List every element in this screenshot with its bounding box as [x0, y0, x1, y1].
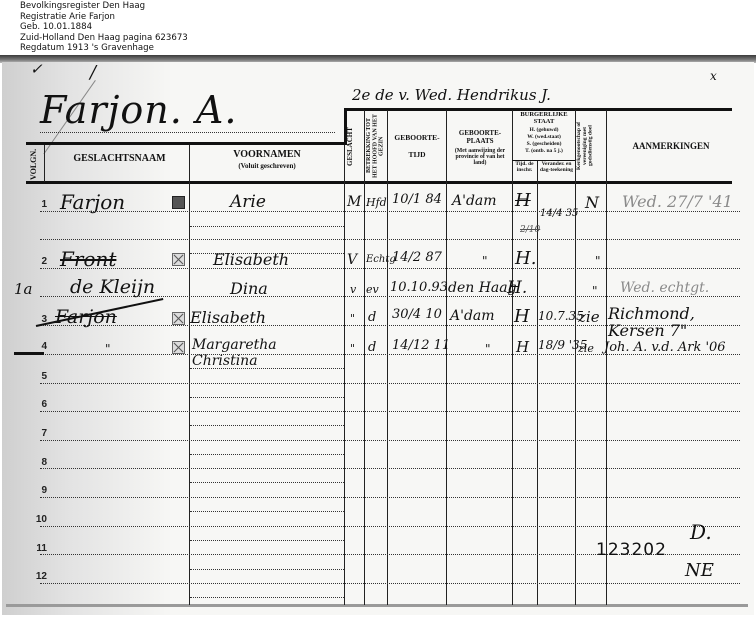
- civil-status-cell: H: [514, 306, 530, 327]
- birthplace-cell: ": [482, 254, 488, 268]
- sex-cell: M: [347, 194, 361, 210]
- firstname-cell: Dina: [230, 279, 268, 298]
- caption-line-register: Bevolkingsregister Den Haag: [20, 1, 320, 12]
- row-number: 1: [31, 199, 47, 210]
- church-cell: ": [595, 254, 601, 268]
- row-subrule: [190, 597, 344, 598]
- birthplace-cell: ": [485, 342, 491, 356]
- birthplace-cell: A'dam: [452, 193, 497, 209]
- col-divider: [387, 110, 388, 605]
- row-4-strike-mark: [14, 352, 44, 355]
- sex-cell: V: [347, 252, 357, 268]
- row-rule: [40, 211, 740, 212]
- header-volgn: VOLGN.: [30, 147, 42, 181]
- surname-cell: ": [105, 342, 111, 356]
- surname-cell: de Kleijn: [70, 276, 155, 298]
- remarks-cell: Wed. echtgt.: [620, 280, 709, 296]
- firstname-cell: Margaretha Christina: [192, 337, 342, 369]
- row-number-6: 6: [31, 399, 47, 410]
- row-subrule: [190, 511, 344, 512]
- header-voornamen: VOORNAMEN: [192, 150, 342, 161]
- civil-status-cell: H: [515, 190, 531, 211]
- col-divider: [344, 145, 345, 605]
- remarks-cell: Wed. 27/7 '41: [622, 192, 733, 211]
- civil-status-cell: H.: [507, 278, 527, 298]
- signature: NE: [685, 560, 714, 581]
- church-cell: zie: [578, 342, 594, 355]
- header-geslachtsnaam: GESLACHTSNAAM: [52, 154, 187, 165]
- header-geslacht: GESLACHT: [347, 115, 362, 179]
- sex-cell: v: [350, 283, 356, 296]
- row-number-7: 7: [31, 428, 47, 439]
- header-burgerlijke-staat: BURGERLIJKE STAAT: [514, 112, 574, 126]
- header-bs-s: S. (gescheiden): [514, 142, 574, 148]
- row-rule: [40, 268, 740, 269]
- row-rule: [40, 239, 740, 240]
- row-subrule: [190, 482, 344, 483]
- row-subrule: [190, 425, 344, 426]
- head-name-line: [40, 132, 335, 133]
- firstname-cell: Elisabeth: [213, 250, 289, 269]
- marker-box-icon: [172, 341, 185, 354]
- row-subrule: [190, 540, 344, 541]
- row-subrule: [190, 226, 344, 227]
- col-divider: [512, 110, 513, 605]
- row-number: 1a: [14, 280, 33, 298]
- caption-line-birth: Geb. 10.01.1884: [20, 22, 320, 33]
- row-number-12: 12: [31, 571, 47, 582]
- birthdate-cell: 14/12 11: [392, 338, 450, 353]
- row-number-10: 10: [31, 514, 47, 525]
- row-rule: [40, 383, 740, 384]
- col-divider: [606, 110, 607, 605]
- firstname-cell: Arie: [230, 192, 266, 212]
- birthdate-cell: 30/4 10: [392, 307, 442, 322]
- sex-cell: ": [350, 312, 355, 325]
- col-divider: [364, 110, 365, 605]
- header-kerkgenootschap: Kerkgenootschap of vereeniging met godsd…: [577, 112, 605, 180]
- surname-cell: Farjon: [60, 190, 125, 214]
- header-bottom-rule: [26, 181, 732, 184]
- header-geboortetijd-2: TIJD: [389, 151, 445, 159]
- header-voornamen-sub: (Voluit geschreven): [192, 163, 342, 170]
- row-subrule: [190, 569, 344, 570]
- header-geboortetijd-1: GEBOORTE-: [389, 134, 445, 142]
- check-mark-icon: ✓: [30, 60, 43, 78]
- header-betrekking: BETREKKING TOT HET HOOFD VAN HET GEZIN: [366, 112, 386, 180]
- corner-mark: x: [710, 69, 717, 83]
- header-bs-w: W. (wed.staat): [514, 135, 574, 141]
- surname-cell: Front: [60, 247, 116, 271]
- birthplace-cell: A'dam: [450, 308, 495, 324]
- row-rule: [40, 411, 740, 412]
- header-top-rule-left: [26, 142, 346, 145]
- col-divider: [189, 145, 190, 605]
- status-change-cell: 10.7.35: [538, 309, 584, 323]
- row-number-5: 5: [31, 371, 47, 382]
- header-aanmerkingen: AANMERKINGEN: [610, 142, 732, 151]
- image-caption: Bevolkingsregister Den Haag Registratie …: [20, 1, 320, 54]
- row-number-8: 8: [31, 457, 47, 468]
- civil-status-cell: H.: [515, 248, 536, 269]
- birthdate-cell: 10/1 84: [392, 192, 442, 207]
- initial-mark: D.: [690, 520, 712, 544]
- header-verander: Verander. en dag-teekening: [538, 162, 575, 174]
- header-geboorteplaats-sub: (Met aanwijzing der provincie of van het…: [450, 148, 510, 166]
- register-number-stamp: 123202: [596, 540, 667, 560]
- row-subrule: [190, 397, 344, 398]
- row-rule: [40, 583, 740, 584]
- remarks-cell: Joh. A. v.d. Ark '06: [604, 340, 726, 355]
- header-geboorteplaats-2: PLAATS: [449, 138, 511, 145]
- relation-cell: d: [368, 340, 376, 355]
- head-note: 2e de v. Wed. Hendrikus J.: [352, 86, 551, 104]
- caption-line-regdate: Regdatum 1913 's Gravenhage: [20, 43, 320, 54]
- caption-line-registration: Registratie Arie Farjon: [20, 12, 320, 23]
- church-cell: N: [585, 193, 599, 212]
- col-divider: [446, 110, 447, 605]
- header-bs-t: T. (ontb. na 5 j.): [514, 149, 574, 155]
- card-bottom-edge: [6, 604, 748, 607]
- church-cell: zie: [578, 308, 600, 326]
- row-number-9: 9: [31, 485, 47, 496]
- head-of-family-name: Farjon. A.: [40, 88, 237, 132]
- col-divider: [44, 145, 45, 182]
- firstname-cell: Elisabeth: [190, 308, 266, 327]
- birthdate-cell: 14/2 87: [392, 250, 442, 265]
- row-rule: [40, 526, 740, 527]
- header-tijd-inschr: Tijd. de inschr.: [513, 162, 536, 174]
- row-subrule: [190, 454, 344, 455]
- header-bs-h: H. (gehuwd): [514, 128, 574, 134]
- row-number: 4: [31, 341, 47, 352]
- status-change-cell: 14/4 35: [540, 208, 578, 219]
- sex-cell: ": [350, 342, 355, 355]
- remarks-cell: Richmond, Kersen 7": [608, 305, 743, 339]
- church-cell: ": [592, 284, 598, 298]
- relation-cell: d: [368, 310, 376, 325]
- relation-cell: Hfd: [366, 196, 387, 209]
- civil-status-cell: H: [516, 338, 529, 356]
- row-rule: [40, 497, 740, 498]
- col-divider: [575, 110, 576, 605]
- row-number: 2: [31, 256, 47, 267]
- status-note: 2/10: [520, 225, 540, 235]
- row-rule: [40, 468, 740, 469]
- marker-box-icon: [172, 253, 185, 266]
- marker-box-icon: [172, 312, 185, 325]
- row-rule: [40, 440, 740, 441]
- caption-line-source-page: Zuid-Holland Den Haag pagina 623673: [20, 33, 320, 44]
- birthdate-cell: 10.10.93: [390, 280, 448, 295]
- marker-box-icon: [172, 196, 185, 209]
- row-number-11: 11: [31, 543, 47, 554]
- relation-cell: ev: [366, 283, 379, 296]
